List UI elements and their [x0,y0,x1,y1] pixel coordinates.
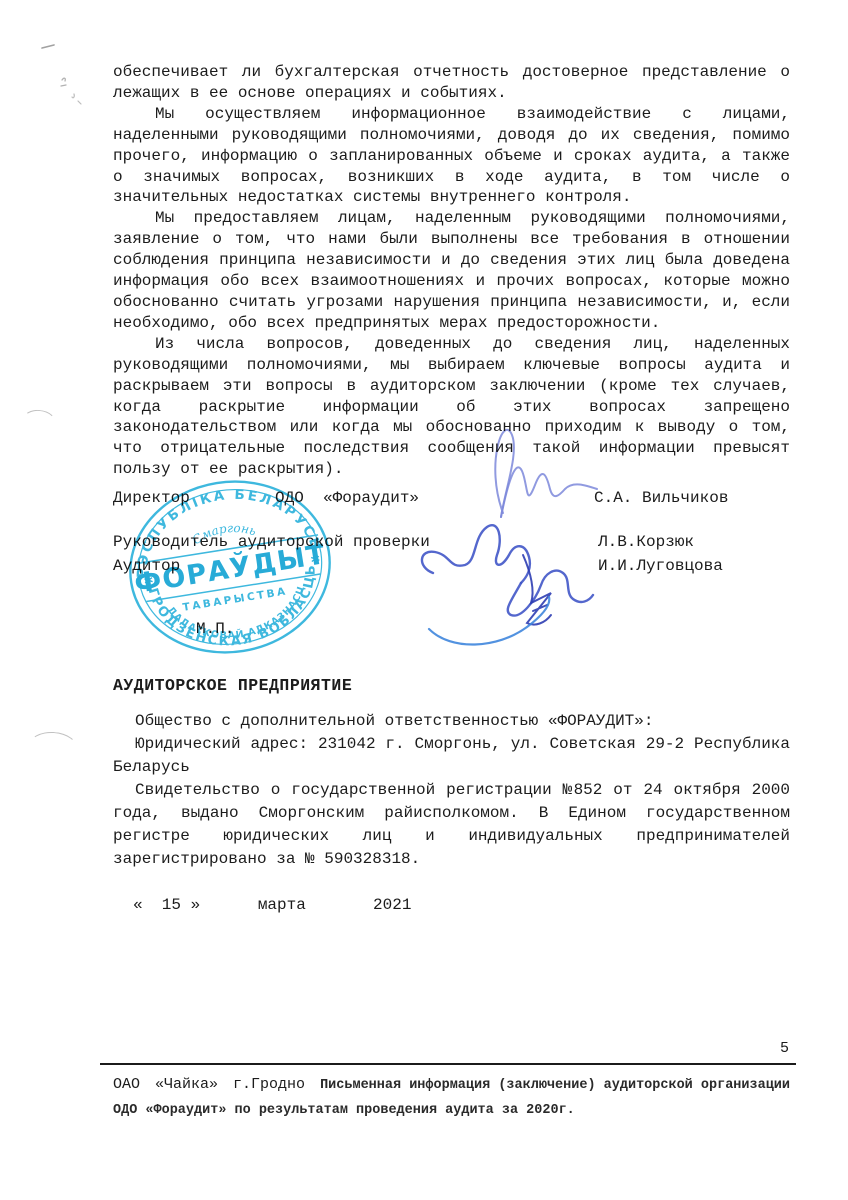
document-page: обеспечивает ли бухгалтерская отчетность… [0,0,848,1200]
body-paragraph: Мы осуществляем информационное взаимодей… [113,104,790,209]
company-seal-stamp-icon: РЭСПУБЛІКА БЕЛАРУСЬ ГРОДЗЕНСКАЯ ВОБЛАСЦЬ… [123,477,337,657]
company-address-line: Юридический адрес: 231042 г. Сморгонь, у… [113,733,790,779]
body-paragraph: Мы предоставляем лицам, наделенным руков… [113,208,790,333]
section-heading: АУДИТОРСКОЕ ПРЕДПРИЯТИЕ [113,676,352,695]
company-info: Общество с дополнительной ответственност… [113,710,790,871]
svg-text:Смаргонь: Смаргонь [188,517,259,549]
scan-arc-artifact-lower [27,730,79,765]
footer-divider [100,1063,796,1065]
footer-text: ОАО «Чайка» г.Гродно Письменная информац… [113,1073,790,1122]
company-registration-line: Свидетельство о государственной регистра… [113,779,790,871]
scan-arc-artifact-upper [21,408,57,435]
body-paragraph: обеспечивает ли бухгалтерская отчетность… [113,62,790,104]
handwritten-signatures [415,405,645,655]
pencil-mark-artifact [28,38,98,118]
footer-client-name: ОАО «Чайка» г.Гродно [113,1076,320,1093]
date-line: « 15 » марта 2021 [133,896,411,914]
company-name-line: Общество с дополнительной ответственност… [113,710,790,733]
stamp-city-text: Смаргонь [188,517,259,549]
footer-page-number: 5 [780,1040,789,1057]
